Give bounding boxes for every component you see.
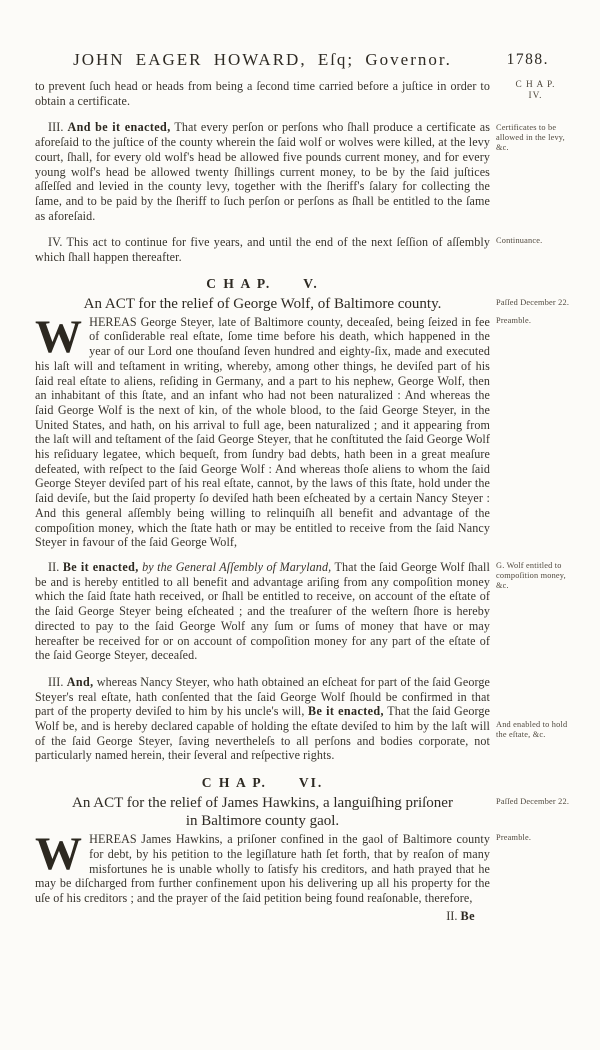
chap4-section-iv-block: IV. This act to continue for five years,… (35, 235, 575, 264)
chap5-section-iii-paragraph: III. And, whereas Nancy Steyer, who hath… (35, 675, 490, 763)
dropcap-initial: W (35, 315, 89, 356)
margin-chap-numeral: IV. (496, 91, 575, 102)
preamble-text: HEREAS James Hawkins, a priſoner confine… (35, 832, 490, 905)
enacting-words: And be it enacted, (67, 120, 170, 134)
chap5-act-title: An ACT for the relief of George Wolf, of… (35, 295, 490, 313)
chap6-title-block: An ACT for the relief of James Hawkins, … (35, 794, 575, 830)
year-label: 1788. (507, 51, 549, 69)
chap4-carryover-paragraph: to prevent ſuch head or heads from being… (35, 79, 490, 108)
chap5-section-iii-block: III. And, whereas Nancy Steyer, who hath… (35, 675, 575, 763)
margin-note-preamble-chap5: Preamble. (496, 316, 575, 326)
assembly-phrase: by the General Aſſembly of Maryland, (139, 560, 332, 574)
chap5-heading: C H A P. V. (35, 276, 490, 292)
margin-note-continuance: Continuance. (496, 236, 575, 246)
chap6-preamble-paragraph: WHEREAS James Hawkins, a priſoner confin… (35, 832, 490, 906)
margin-note-passed-chap6: Paſſed December 22. (496, 797, 575, 807)
catchword-number: II. (446, 909, 460, 923)
chap4-section-iii-paragraph: III. And be it enacted, That every perſo… (35, 120, 490, 223)
chap4-section-iv-paragraph: IV. This act to continue for five years,… (35, 235, 490, 264)
chap5-section-ii-block: II. Be it enacted, by the General Aſſemb… (35, 560, 575, 663)
preamble-text: HEREAS George Steyer, late of Baltimore … (35, 315, 490, 550)
catchword: Be (461, 909, 475, 923)
margin-note-preamble-chap6: Preamble. (496, 833, 575, 843)
enacting-words: Be it enacted, (63, 560, 139, 574)
catchword-row: II. Be (35, 909, 575, 924)
margin-note-certificates: Certificates to be allowed in the levy, … (496, 123, 575, 153)
chap5-section-ii-paragraph: II. Be it enacted, by the General Aſſemb… (35, 560, 490, 663)
chap6-act-title-line2: in Baltimore county gaol. (35, 812, 490, 830)
section-text: That the ſaid George Wolf ſhall be and i… (35, 560, 490, 662)
chap4-section-iii-block: III. And be it enacted, That every perſo… (35, 120, 575, 223)
chap6-preamble-block: WHEREAS James Hawkins, a priſoner confin… (35, 832, 575, 906)
chap5-title-block: An ACT for the relief of George Wolf, of… (35, 295, 575, 313)
section-number: III. (48, 675, 67, 689)
section-number: II. (48, 560, 63, 574)
section-number: III. (48, 120, 67, 134)
chap5-preamble-paragraph: WHEREAS George Steyer, late of Baltimore… (35, 315, 490, 550)
margin-chap-label: C H A P. (496, 80, 575, 91)
page-header: JOHN EAGER HOWARD, Eſq; Governor. 1788. (35, 50, 575, 70)
scanned-statute-page: JOHN EAGER HOWARD, Eſq; Governor. 1788. … (0, 0, 600, 1050)
margin-note-passed-chap5: Paſſed December 22. (496, 298, 575, 308)
dropcap-initial: W (35, 832, 89, 873)
running-title: JOHN EAGER HOWARD, Eſq; Governor. (35, 50, 490, 70)
chap5-preamble-block: WHEREAS George Steyer, late of Baltimore… (35, 315, 575, 550)
chap4-carryover-block: to prevent ſuch head or heads from being… (35, 79, 575, 108)
chap6-act-title-line1: An ACT for the relief of James Hawkins, … (35, 794, 490, 812)
enacting-words: And, (67, 675, 94, 689)
section-text: That every perſon or perſons who ſhall p… (35, 120, 490, 222)
margin-note-composition-money: G. Wolf entitled to compoſition money, &… (496, 561, 575, 591)
page-content: JOHN EAGER HOWARD, Eſq; Governor. 1788. … (35, 50, 575, 924)
enacting-words: Be it enacted, (308, 704, 384, 718)
chap6-heading-block: C H A P. VI. (35, 775, 575, 791)
margin-note-chap-iv: C H A P. IV. (496, 80, 575, 102)
chap5-heading-block: C H A P. V. (35, 276, 575, 292)
chap6-heading: C H A P. VI. (35, 775, 490, 791)
margin-note-enabled-to-hold: And enabled to hold the eſtate, &c. (496, 720, 575, 740)
